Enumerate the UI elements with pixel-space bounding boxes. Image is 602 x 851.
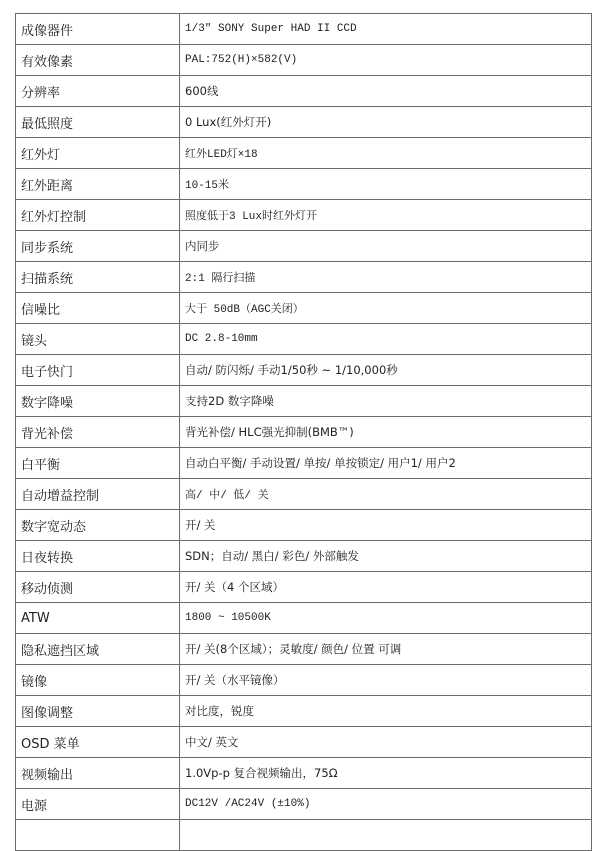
table-row: 图像调整对比度，锐度 — [16, 696, 592, 727]
spec-value: 内同步 — [180, 231, 592, 262]
spec-value: 对比度，锐度 — [180, 696, 592, 727]
table-row: 视频输出1.0Vp-p 复合视频输出，75Ω — [16, 758, 592, 789]
spec-value: 高/ 中/ 低/ 关 — [180, 479, 592, 510]
spec-label: 镜像 — [16, 665, 180, 696]
spec-value: SDN；自动/ 黑白/ 彩色/ 外部触发 — [180, 541, 592, 572]
spec-value: 照度低于3 Lux时红外灯开 — [180, 200, 592, 231]
spec-value: 1800 ~ 10500K — [180, 603, 592, 634]
spec-value: DC 2.8-10mm — [180, 324, 592, 355]
table-row: OSD 菜单中文/ 英文 — [16, 727, 592, 758]
spec-label: 隐私遮挡区域 — [16, 634, 180, 665]
table-row: 最低照度0 Lux(红外灯开) — [16, 107, 592, 138]
spec-value: 1/3″ SONY Super HAD II CCD — [180, 14, 592, 45]
spec-value: 中文/ 英文 — [180, 727, 592, 758]
spec-label: 电源 — [16, 789, 180, 820]
spec-label: 日夜转换 — [16, 541, 180, 572]
spec-label: 自动增益控制 — [16, 479, 180, 510]
spec-label: 同步系统 — [16, 231, 180, 262]
spec-value: 红外LED灯×18 — [180, 138, 592, 169]
spec-label: 背光补偿 — [16, 417, 180, 448]
spec-value: 大于 50dB（AGC关闭） — [180, 293, 592, 324]
spec-table: 成像器件1/3″ SONY Super HAD II CCD有效像素PAL:75… — [15, 13, 592, 822]
spec-label: 信噪比 — [16, 293, 180, 324]
table-row: 红外距离10-15米 — [16, 169, 592, 200]
spec-label: 扫描系统 — [16, 262, 180, 293]
spec-label: OSD 菜单 — [16, 727, 180, 758]
spec-label: 数字宽动态 — [16, 510, 180, 541]
table-row: 电源DC12V /AC24V (±10%) — [16, 789, 592, 820]
spec-value: 10-15米 — [180, 169, 592, 200]
spec-label: 镜头 — [16, 324, 180, 355]
table-row: 镜头DC 2.8-10mm — [16, 324, 592, 355]
table-row: 数字宽动态开/ 关 — [16, 510, 592, 541]
spec-value: 开/ 关（水平镜像） — [180, 665, 592, 696]
spec-label: 移动侦测 — [16, 572, 180, 603]
spec-value: 自动白平衡/ 手动设置/ 单按/ 单按锁定/ 用户1/ 用户2 — [180, 448, 592, 479]
table-row: 隐私遮挡区域开/ 关(8个区域）；灵敏度/ 颜色/ 位置 可调 — [16, 634, 592, 665]
table-row: 数字降噪支持2D 数字降噪 — [16, 386, 592, 417]
table-row: 移动侦测开/ 关（4 个区域） — [16, 572, 592, 603]
spec-label: 最低照度 — [16, 107, 180, 138]
table-row: 红外灯控制照度低于3 Lux时红外灯开 — [16, 200, 592, 231]
spec-label: 红外灯 — [16, 138, 180, 169]
spec-label: 红外距离 — [16, 169, 180, 200]
table-row: 背光补偿背光补偿/ HLC强光抑制(BMB™) — [16, 417, 592, 448]
spec-value: 背光补偿/ HLC强光抑制(BMB™) — [180, 417, 592, 448]
spec-value: 1.0Vp-p 复合视频输出，75Ω — [180, 758, 592, 789]
spec-value: 自动/ 防闪烁/ 手动1/50秒 ~ 1/10,000秒 — [180, 355, 592, 386]
table-row: 有效像素PAL:752(H)×582(V) — [16, 45, 592, 76]
spec-value: DC12V /AC24V (±10%) — [180, 789, 592, 820]
spec-table-body: 成像器件1/3″ SONY Super HAD II CCD有效像素PAL:75… — [16, 14, 592, 823]
spec-value: PAL:752(H)×582(V) — [180, 45, 592, 76]
spec-label: ATW — [16, 603, 180, 634]
table-row: 白平衡自动白平衡/ 手动设置/ 单按/ 单按锁定/ 用户1/ 用户2 — [16, 448, 592, 479]
spec-value: 开/ 关(8个区域）；灵敏度/ 颜色/ 位置 可调 — [180, 634, 592, 665]
table-row: 电子快门自动/ 防闪烁/ 手动1/50秒 ~ 1/10,000秒 — [16, 355, 592, 386]
spec-label: 分辨率 — [16, 76, 180, 107]
table-row: ATW1800 ~ 10500K — [16, 603, 592, 634]
spec-label: 红外灯控制 — [16, 200, 180, 231]
spec-label: 电子快门 — [16, 355, 180, 386]
table-row: 红外灯红外LED灯×18 — [16, 138, 592, 169]
table-row: 镜像开/ 关（水平镜像） — [16, 665, 592, 696]
spec-label: 有效像素 — [16, 45, 180, 76]
spec-value: 0 Lux(红外灯开) — [180, 107, 592, 138]
table-row: 成像器件1/3″ SONY Super HAD II CCD — [16, 14, 592, 45]
spec-label: 成像器件 — [16, 14, 180, 45]
spec-label: 图像调整 — [16, 696, 180, 727]
spec-value: 支持2D 数字降噪 — [180, 386, 592, 417]
table-row: 自动增益控制高/ 中/ 低/ 关 — [16, 479, 592, 510]
table-row: 日夜转换SDN；自动/ 黑白/ 彩色/ 外部触发 — [16, 541, 592, 572]
spec-label: 视频输出 — [16, 758, 180, 789]
table-row: 分辨率600线 — [16, 76, 592, 107]
spec-label: 数字降噪 — [16, 386, 180, 417]
spec-value: 600线 — [180, 76, 592, 107]
spec-value: 开/ 关（4 个区域） — [180, 572, 592, 603]
table-row: 扫描系统2:1 隔行扫描 — [16, 262, 592, 293]
spec-value: 2:1 隔行扫描 — [180, 262, 592, 293]
table-row: 信噪比大于 50dB（AGC关闭） — [16, 293, 592, 324]
table-row: 同步系统内同步 — [16, 231, 592, 262]
spec-label: 白平衡 — [16, 448, 180, 479]
spec-value: 开/ 关 — [180, 510, 592, 541]
